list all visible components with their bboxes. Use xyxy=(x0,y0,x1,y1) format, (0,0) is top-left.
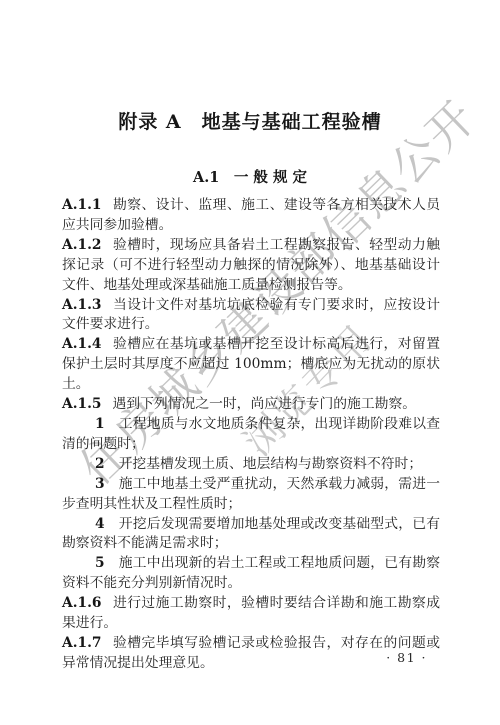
clause-text: 工程地质与水文地质条件复杂，出现详勘阶段难以查清的问题时； xyxy=(62,416,440,452)
clause-text: 验槽时，现场应具备岩土工程勘察报告、轻型动力触探记录（可不进行轻型动力触探的情况… xyxy=(62,237,440,293)
clause: A.1.3当设计文件对基坑坑底检验有专门要求时，应按设计文件要求进行。 xyxy=(62,296,440,336)
clause: A.1.7验槽完毕填写验槽记录或检验报告，对存在的问题或异常情况提出处理意见。 xyxy=(62,634,440,674)
section-heading: A.1 一 般 规 定 xyxy=(0,166,500,187)
clause-number: A.1.4 xyxy=(62,336,102,352)
clause-number: A.1.1 xyxy=(62,197,102,213)
clause-text: 验槽应在基坑或基槽开挖至设计标高后进行，对留置保护土层时其厚度不应超过 100m… xyxy=(62,336,440,392)
clause-number: A.1.2 xyxy=(62,237,102,253)
clause-number: 1 xyxy=(95,416,105,432)
clause-number: 4 xyxy=(95,516,105,532)
clause-number: A.1.6 xyxy=(62,595,102,611)
page-number: · 81 · xyxy=(386,650,427,665)
clause-number: A.1.7 xyxy=(62,635,102,651)
clause-number: A.1.3 xyxy=(62,297,102,313)
clause-text: 开挖基槽发现土质、地层结构与勘察资料不符时； xyxy=(119,456,423,472)
document-page: 住房城乡建设部信息公开 浏览专用 附录 A 地基与基础工程验槽 A.1 一 般 … xyxy=(0,0,500,725)
clause: A.1.1勘察、设计、监理、施工、建设等各方相关技术人员应共同参加验槽。 xyxy=(62,196,440,236)
clause-number: 3 xyxy=(95,476,105,492)
clause: A.1.6进行过施工勘察时，验槽时要结合详勘和施工勘察成果进行。 xyxy=(62,594,440,634)
sub-item: 5施工中出现新的岩土工程或工程地质问题，已有勘察资料不能充分判别新情况时。 xyxy=(62,554,440,594)
clause-text: 当设计文件对基坑坑底检验有专门要求时，应按设计文件要求进行。 xyxy=(62,297,440,333)
clause-text: 施工中地基土受严重扰动，天然承载力减弱，需进一步查明其性状及工程性质时； xyxy=(62,476,440,512)
sub-item: 2开挖基槽发现土质、地层结构与勘察资料不符时； xyxy=(62,455,440,475)
clause: A.1.2验槽时，现场应具备岩土工程勘察报告、轻型动力触探记录（可不进行轻型动力… xyxy=(62,236,440,296)
clause-number: 2 xyxy=(95,456,105,472)
clause-number: 5 xyxy=(95,555,105,571)
sub-item: 4开挖后发现需要增加地基处理或改变基础型式，已有勘察资料不能满足需求时； xyxy=(62,515,440,555)
clause-text: 勘察、设计、监理、施工、建设等各方相关技术人员应共同参加验槽。 xyxy=(62,197,440,233)
clause-text: 开挖后发现需要增加地基处理或改变基础型式，已有勘察资料不能满足需求时； xyxy=(62,516,440,552)
sub-item: 1工程地质与水文地质条件复杂，出现详勘阶段难以查清的问题时； xyxy=(62,415,440,455)
sub-item: 3施工中地基土受严重扰动，天然承载力减弱，需进一步查明其性状及工程性质时； xyxy=(62,475,440,515)
clause-text: 进行过施工勘察时，验槽时要结合详勘和施工勘察成果进行。 xyxy=(62,595,440,631)
clause: A.1.5遇到下列情况之一时，尚应进行专门的施工勘察。 xyxy=(62,395,440,415)
clause-text: 施工中出现新的岩土工程或工程地质问题，已有勘察资料不能充分判别新情况时。 xyxy=(62,555,440,591)
clause: A.1.4验槽应在基坑或基槽开挖至设计标高后进行，对留置保护土层时其厚度不应超过… xyxy=(62,335,440,395)
clause-text: 遇到下列情况之一时，尚应进行专门的施工勘察。 xyxy=(113,396,417,412)
document-body: A.1.1勘察、设计、监理、施工、建设等各方相关技术人员应共同参加验槽。A.1.… xyxy=(62,196,440,674)
clause-number: A.1.5 xyxy=(62,396,102,412)
clause-text: 验槽完毕填写验槽记录或检验报告，对存在的问题或异常情况提出处理意见。 xyxy=(62,635,440,671)
appendix-title: 附录 A 地基与基础工程验槽 xyxy=(0,107,500,134)
